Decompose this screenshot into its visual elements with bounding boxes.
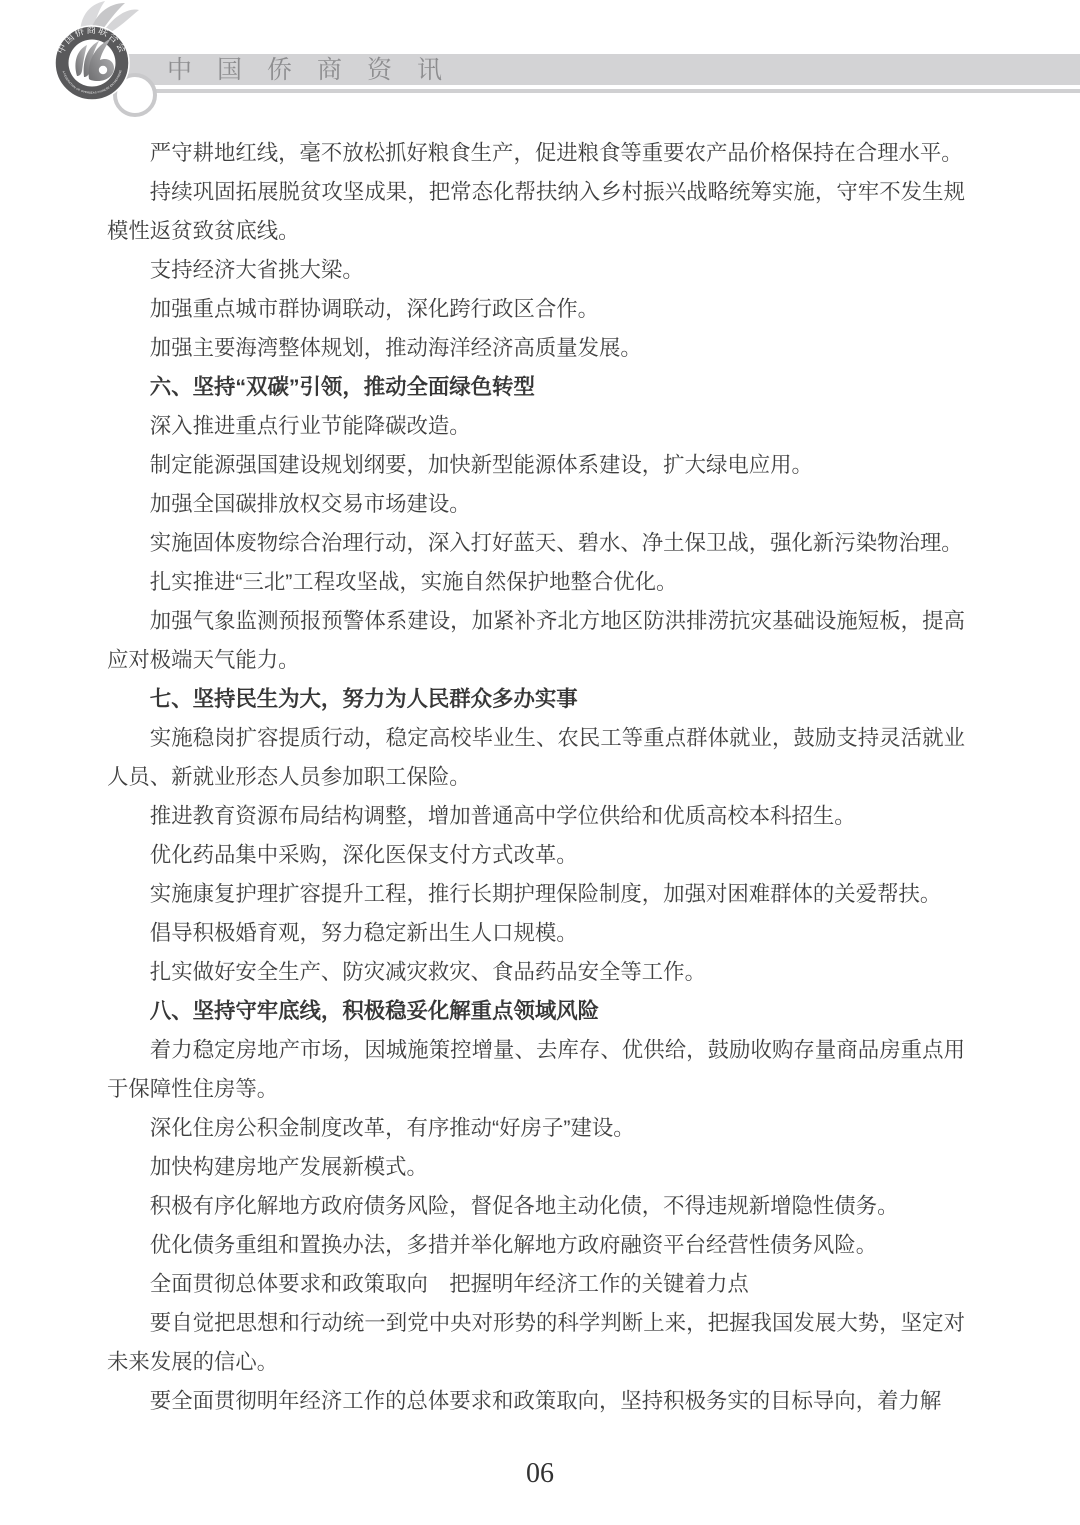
page-number: 06 <box>0 1458 1080 1490</box>
paragraph: 实施固体废物综合治理行动，深入打好蓝天、碧水、净土保卫战，强化新污染物治理。 <box>107 524 965 563</box>
federation-seal-logo: 中国侨商联合会 CHINA FEDERATION OF OVERSEAS CHI… <box>37 0 177 150</box>
paragraph: 深化住房公积金制度改革，有序推动“好房子”建设。 <box>107 1109 965 1148</box>
paragraph: 深入推进重点行业节能降碳改造。 <box>107 407 965 446</box>
masthead-bar: 中国侨商资讯 <box>110 54 1080 85</box>
paragraph: 要全面贯彻明年经济工作的总体要求和政策取向，坚持积极务实的目标导向，着力解 <box>107 1382 965 1421</box>
section-heading: 八、坚持守牢底线，积极稳妥化解重点领域风险 <box>107 992 965 1031</box>
seal-icon: 中国侨商联合会 CHINA FEDERATION OF OVERSEAS CHI… <box>37 0 129 100</box>
paragraph: 实施康复护理扩容提升工程，推行长期护理保险制度，加强对困难群体的关爱帮扶。 <box>107 875 965 914</box>
paragraph: 实施稳岗扩容提质行动，稳定高校毕业生、农民工等重点群体就业，鼓励支持灵活就业人员… <box>107 719 965 797</box>
paragraph: 积极有序化解地方政府债务风险，督促各地主动化债，不得违规新增隐性债务。 <box>107 1187 965 1226</box>
masthead-title: 中国侨商资讯 <box>167 54 467 85</box>
paragraph: 加强气象监测预报预警体系建设，加紧补齐北方地区防洪排涝抗灾基础设施短板，提高应对… <box>107 602 965 680</box>
paragraph: 着力稳定房地产市场，因城施策控增量、去库存、优供给，鼓励收购存量商品房重点用于保… <box>107 1031 965 1109</box>
paragraph: 扎实做好安全生产、防灾减灾救灾、食品药品安全等工作。 <box>107 953 965 992</box>
paragraph: 优化债务重组和置换办法，多措并举化解地方政府融资平台经营性债务风险。 <box>107 1226 965 1265</box>
paragraph: 严守耕地红线，毫不放松抓好粮食生产，促进粮食等重要农产品价格保持在合理水平。 <box>107 134 965 173</box>
paragraph: 加强主要海湾整体规划，推动海洋经济高质量发展。 <box>107 329 965 368</box>
masthead-underline <box>110 89 1080 93</box>
document-body: 严守耕地红线，毫不放松抓好粮食生产，促进粮食等重要农产品价格保持在合理水平。持续… <box>107 134 965 1421</box>
paragraph: 要自觉把思想和行动统一到党中央对形势的科学判断上来，把握我国发展大势，坚定对未来… <box>107 1304 965 1382</box>
paragraph: 推进教育资源布局结构调整，增加普通高中学位供给和优质高校本科招生。 <box>107 797 965 836</box>
paragraph: 持续巩固拓展脱贫攻坚成果，把常态化帮扶纳入乡村振兴战略统筹实施，守牢不发生规模性… <box>107 173 965 251</box>
section-heading: 六、坚持“双碳”引领，推动全面绿色转型 <box>107 368 965 407</box>
paragraph: 加强重点城市群协调联动，深化跨行政区合作。 <box>107 290 965 329</box>
paragraph: 倡导积极婚育观，努力稳定新出生人口规模。 <box>107 914 965 953</box>
paragraph: 全面贯彻总体要求和政策取向 把握明年经济工作的关键着力点 <box>107 1265 965 1304</box>
paragraph: 支持经济大省挑大梁。 <box>107 251 965 290</box>
paragraph: 扎实推进“三北”工程攻坚战，实施自然保护地整合优化。 <box>107 563 965 602</box>
paragraph: 加强全国碳排放权交易市场建设。 <box>107 485 965 524</box>
paragraph: 优化药品集中采购，深化医保支付方式改革。 <box>107 836 965 875</box>
paragraph: 加快构建房地产发展新模式。 <box>107 1148 965 1187</box>
paragraph: 制定能源强国建设规划纲要，加快新型能源体系建设，扩大绿电应用。 <box>107 446 965 485</box>
section-heading: 七、坚持民生为大，努力为人民群众多办实事 <box>107 680 965 719</box>
